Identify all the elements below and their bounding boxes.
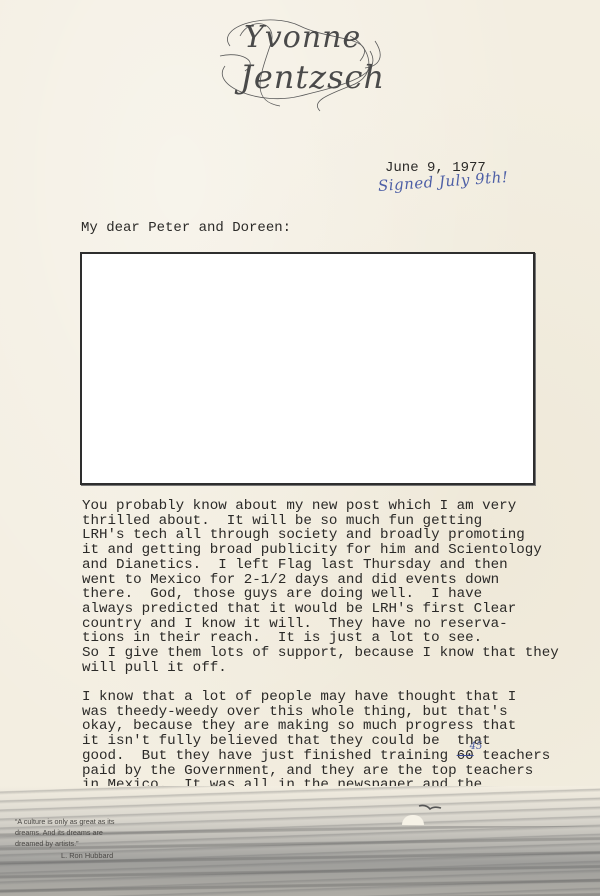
text-segment: good. But they have just finished traini… bbox=[82, 748, 457, 764]
text-line: okay, because they are making so much pr… bbox=[82, 719, 550, 734]
text-line: You probably know about my new post whic… bbox=[82, 499, 559, 514]
text-line: was theedy-weedy over this whole thing, … bbox=[82, 705, 550, 720]
text-line-with-correction: good. But they have just finished traini… bbox=[82, 749, 550, 764]
letterhead-monogram: Yvonne Jentzsch bbox=[210, 6, 390, 116]
text-line: it and getting broad publicity for him a… bbox=[82, 543, 559, 558]
text-line: there. God, those guys are doing well. I… bbox=[82, 587, 559, 602]
text-line: LRH's tech all through society and broad… bbox=[82, 528, 559, 543]
seagull-icon bbox=[418, 803, 442, 813]
text-line: and Dianetics. I left Flag last Thursday… bbox=[82, 558, 559, 573]
letterhead-last-name: Jentzsch bbox=[240, 58, 385, 96]
paragraph-1: You probably know about my new post whic… bbox=[82, 499, 559, 675]
text-line: will pull it off. bbox=[82, 661, 559, 676]
text-segment: teachers bbox=[474, 748, 551, 764]
footer-quote-author: L. Ron Hubbard bbox=[61, 851, 113, 860]
text-line: So I give them lots of support, because … bbox=[82, 646, 559, 661]
inserted-number: 45 bbox=[470, 740, 483, 755]
text-line: always predicted that it would be LRH's … bbox=[82, 602, 559, 617]
letterhead-first-name: Yvonne bbox=[244, 20, 361, 55]
text-line: went to Mexico for 2-1/2 days and did ev… bbox=[82, 573, 559, 588]
paragraph-2: I know that a lot of people may have tho… bbox=[82, 690, 550, 793]
text-line: thrilled about. It will be so much fun g… bbox=[82, 514, 559, 529]
text-line: country and I know it will. They have no… bbox=[82, 617, 559, 632]
handwritten-correction: 6045 bbox=[457, 749, 474, 764]
salutation: My dear Peter and Doreen: bbox=[81, 220, 291, 236]
footer-quote: “A culture is only as great as its dream… bbox=[15, 816, 125, 849]
text-line: I know that a lot of people may have tho… bbox=[82, 690, 550, 705]
redaction-box bbox=[80, 252, 535, 485]
text-line: tions in their reach. It is just a lot t… bbox=[82, 631, 559, 646]
text-line: paid by the Government, and they are the… bbox=[82, 764, 550, 779]
